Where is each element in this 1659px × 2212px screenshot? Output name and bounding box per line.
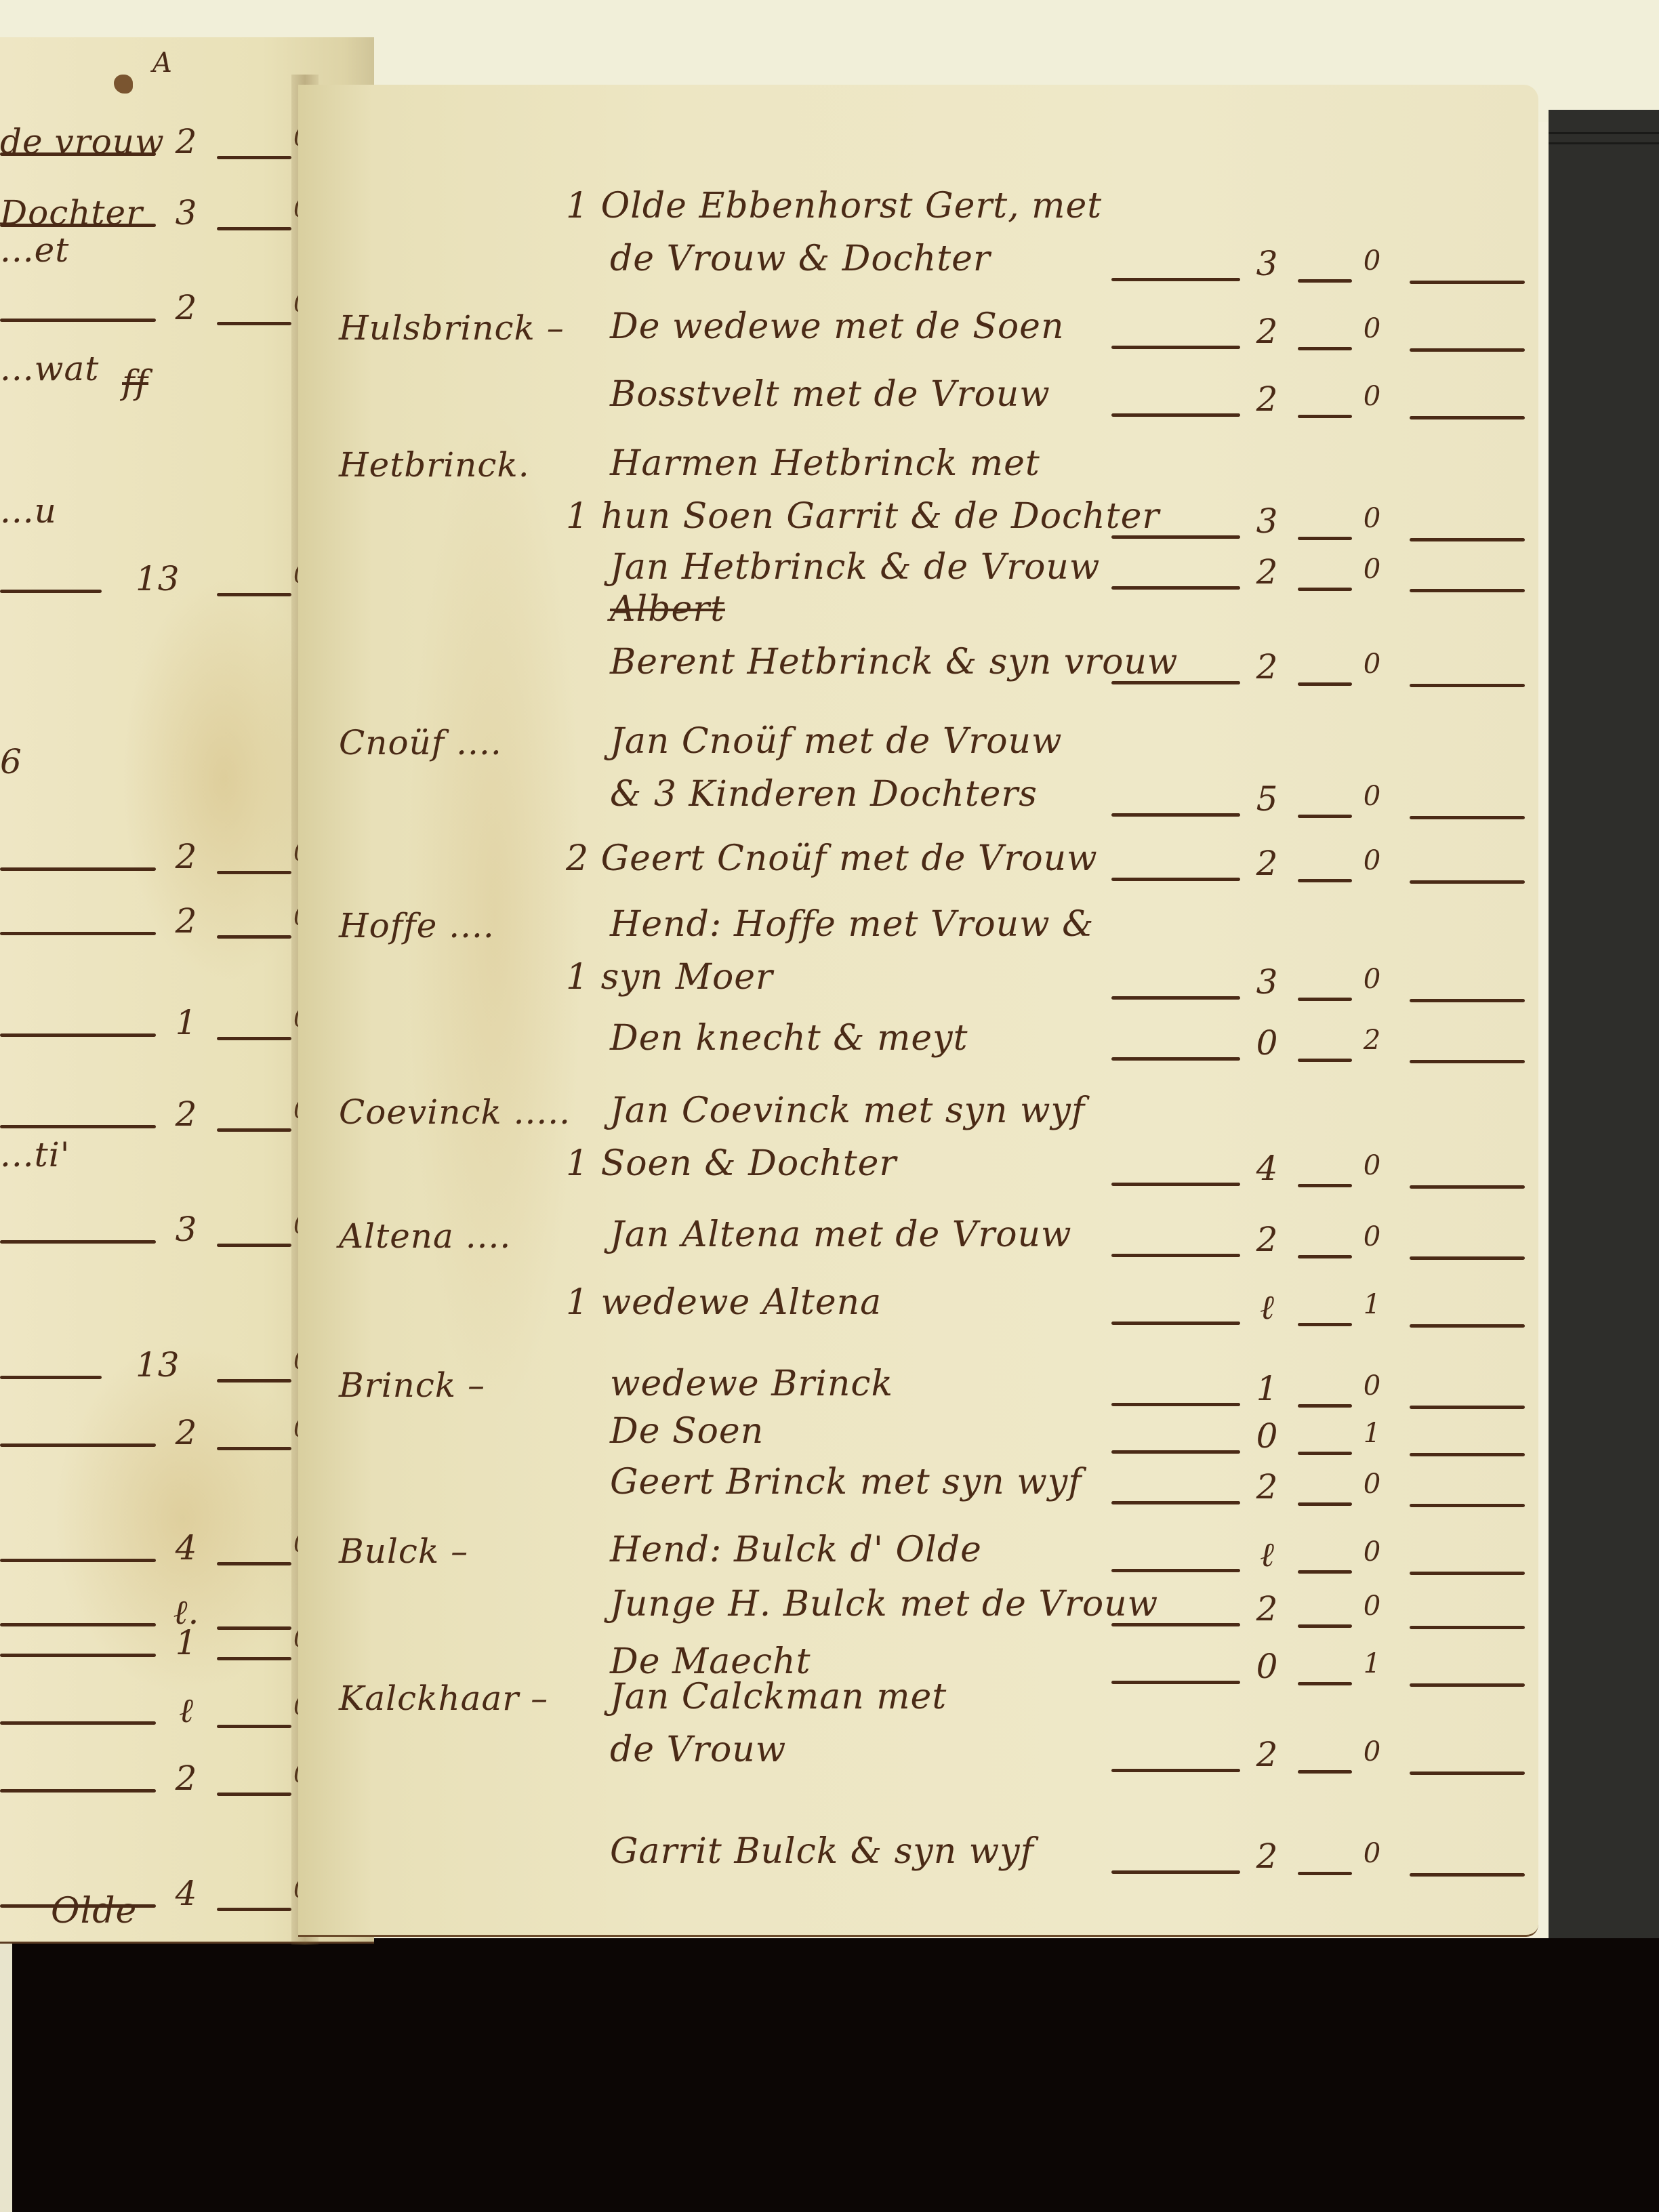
entry-line: Albert: [610, 589, 725, 630]
entry-dash: [1298, 1452, 1352, 1455]
entry-count-persons: 0: [1247, 1416, 1288, 1456]
entry-count-persons: 0: [1247, 1647, 1288, 1686]
entry-dash: [217, 1725, 291, 1728]
entry-dash: [1298, 1682, 1352, 1685]
entry-count-servants: 1: [1352, 1418, 1393, 1449]
entry-line: De Maecht: [610, 1641, 811, 1682]
entry-dash: [1410, 589, 1525, 592]
entry-dash: [1111, 278, 1240, 281]
entry-line: Garrit Bulck & syn wyf: [610, 1831, 1034, 1872]
entry-dash: [1410, 416, 1525, 419]
entry-count-servants: 0: [1352, 1736, 1393, 1767]
left-row-text: ...ti': [0, 1135, 70, 1174]
left-row-count-a: 2: [166, 901, 207, 941]
left-row-count-a: 2: [166, 1759, 207, 1798]
entry-dash: [1111, 1450, 1240, 1454]
left-row-count-a: 2: [166, 837, 207, 876]
entry-dash: [1410, 1185, 1525, 1189]
entry-dash: [217, 227, 291, 230]
entry-count-persons: 2: [1247, 1735, 1288, 1774]
entry-dash: [0, 867, 156, 871]
left-row-count-a: 2: [166, 122, 207, 161]
entry-line: De Soen: [610, 1411, 764, 1452]
entry-margin-name: Hetbrinck.: [339, 445, 530, 485]
entry-count-servants: 0: [1352, 1536, 1393, 1568]
entry-dash: [1111, 1057, 1240, 1061]
left-row-count-a: 3: [166, 193, 207, 232]
book-cover-bottom: [0, 1938, 1659, 2212]
entry-count-servants: 0: [1352, 1469, 1393, 1500]
entry-dash: [1410, 1256, 1525, 1260]
left-row-text: 6: [0, 742, 22, 781]
entry-dash: [217, 1562, 291, 1565]
entry-count-persons: 2: [1247, 552, 1288, 592]
entry-dash: [1111, 1681, 1240, 1684]
left-row-text: ...et: [0, 230, 69, 270]
entry-dash: [1410, 1626, 1525, 1629]
entry-count-servants: 0: [1352, 1591, 1393, 1622]
entry-dash: [1111, 1623, 1240, 1626]
entry-dash: [1298, 1255, 1352, 1258]
entry-line: Jan Cnoüf met de Vrouw: [610, 721, 1063, 762]
entry-dash: [1111, 813, 1240, 817]
entry-dash: [1111, 1569, 1240, 1572]
entry-dash: [217, 1793, 291, 1796]
entry-dash: [1298, 998, 1352, 1001]
left-row-count-a: 2: [166, 1413, 207, 1452]
entry-line: de Vrouw & Dochter: [610, 239, 991, 279]
entry-dash: [1111, 1403, 1240, 1406]
entry-dash: [1111, 1322, 1240, 1325]
catchword: Olde: [51, 1891, 137, 1931]
entry-dash: [0, 1789, 156, 1793]
left-top-mark: A: [152, 47, 173, 79]
entry-dash: [217, 1447, 291, 1450]
entry-line: Bosstvelt met de Vrouw: [610, 374, 1050, 415]
entry-dash: [0, 1443, 156, 1447]
left-row-count-a: 4: [166, 1528, 207, 1568]
entry-line: 1 syn Moer: [566, 957, 773, 998]
entry-count-persons: 3: [1247, 501, 1288, 541]
entry-count-servants: 0: [1352, 245, 1393, 276]
entry-count-servants: 1: [1352, 1648, 1393, 1679]
entry-count-persons: 2: [1247, 1589, 1288, 1629]
entry-dash: [1298, 588, 1352, 591]
entry-dash: [1111, 346, 1240, 349]
entry-dash: [1298, 879, 1352, 882]
entry-dash: [0, 319, 156, 322]
entry-dash: [1111, 1501, 1240, 1504]
entry-count-servants: 0: [1352, 554, 1393, 585]
left-row-count-a: 4: [166, 1874, 207, 1913]
entry-dash: [217, 1908, 291, 1911]
entry-dash: [1410, 1406, 1525, 1409]
entry-count-servants: 0: [1352, 1150, 1393, 1181]
entry-dash: [217, 871, 291, 874]
left-row-text: ...u: [0, 491, 57, 531]
entry-count-persons: 0: [1247, 1023, 1288, 1063]
entry-line: Junge H. Bulck met de Vrouw: [610, 1584, 1158, 1624]
entry-line: Jan Altena met de Vrouw: [610, 1214, 1072, 1255]
entry-count-persons: 2: [1247, 1220, 1288, 1259]
entry-dash: [1410, 1453, 1525, 1456]
entry-dash: [1298, 1624, 1352, 1628]
left-row-count-a: 2: [166, 1094, 207, 1134]
ink-blot: [114, 75, 133, 94]
entry-count-persons: ℓ: [1247, 1288, 1288, 1327]
entry-line: 2 Geert Cnoüf met de Vrouw: [566, 838, 1098, 879]
entry-count-servants: 0: [1352, 964, 1393, 995]
entry-count-servants: 0: [1352, 1838, 1393, 1869]
entry-dash: [1298, 1404, 1352, 1408]
entry-dash: [1298, 347, 1352, 350]
entry-dash: [1410, 1873, 1525, 1877]
entry-count-persons: 2: [1247, 844, 1288, 883]
entry-dash: [217, 1379, 291, 1382]
entry-line: Jan Coevinck met syn wyf: [610, 1090, 1085, 1131]
entry-line: Harmen Hetbrinck met: [610, 443, 1040, 484]
left-row-count-a: 2: [166, 288, 207, 327]
entry-dash: [217, 1128, 291, 1132]
entry-count-persons: ℓ: [1247, 1535, 1288, 1574]
entry-dash: [1410, 1771, 1525, 1775]
entry-dash: [0, 1125, 156, 1128]
entry-count-servants: 0: [1352, 381, 1393, 412]
entry-dash: [1298, 1872, 1352, 1875]
entry-dash: [0, 1559, 156, 1562]
entry-margin-name: Hulsbrinck –: [339, 308, 565, 348]
entry-dash: [217, 1657, 291, 1660]
left-row-count-a: 1: [166, 1003, 207, 1042]
entry-dash: [1298, 1184, 1352, 1187]
left-row-mark: ff: [122, 363, 148, 402]
entry-line: wedewe Brinck: [610, 1364, 893, 1404]
entry-dash: [1410, 880, 1525, 884]
entry-dash: [0, 1376, 102, 1379]
entry-line: 1 hun Soen Garrit & de Dochter: [566, 496, 1160, 537]
entry-dash: [1298, 682, 1352, 686]
left-row-text: ...wat: [0, 349, 99, 388]
entry-margin-name: Cnoüf ....: [339, 723, 502, 762]
entry-dash: [1111, 586, 1240, 590]
entry-count-persons: 2: [1247, 380, 1288, 419]
entry-dash: [1410, 1504, 1525, 1507]
entry-dash: [1111, 681, 1240, 684]
entry-dash: [1111, 413, 1240, 417]
entry-line: Jan Calckman met: [610, 1677, 947, 1717]
entry-count-persons: 2: [1247, 1837, 1288, 1876]
entry-dash: [1410, 348, 1525, 352]
entry-margin-name: Kalckhaar –: [339, 1679, 548, 1718]
entry-dash: [0, 590, 102, 593]
entry-dash: [1298, 1502, 1352, 1506]
entry-line: Hend: Hoffe met Vrouw &: [610, 904, 1094, 945]
entry-dash: [1410, 999, 1525, 1002]
backdrop-strip: [0, 1938, 12, 2212]
entry-dash: [1410, 1060, 1525, 1063]
entry-dash: [0, 152, 156, 156]
entry-margin-name: Coevinck .....: [339, 1092, 571, 1132]
entry-dash: [0, 1721, 156, 1725]
left-row-count-a: 1: [166, 1623, 207, 1662]
entry-count-servants: 0: [1352, 649, 1393, 680]
entry-dash: [217, 1244, 291, 1247]
entry-dash: [1410, 816, 1525, 819]
entry-dash: [1298, 1770, 1352, 1774]
entry-dash: [217, 593, 291, 596]
left-row-count-a: 3: [166, 1210, 207, 1249]
entry-count-persons: 4: [1247, 1149, 1288, 1188]
entry-margin-name: Bulck –: [339, 1532, 468, 1571]
entry-dash: [0, 1033, 156, 1037]
entry-count-persons: 2: [1247, 647, 1288, 687]
entry-dash: [0, 1654, 156, 1657]
entry-dash: [1410, 538, 1525, 541]
entry-dash: [1298, 815, 1352, 818]
entry-line: 1 wedewe Altena: [566, 1282, 882, 1323]
entry-dash: [1111, 535, 1240, 539]
entry-line: Geert Brinck met syn wyf: [610, 1462, 1082, 1502]
entry-count-persons: 5: [1247, 779, 1288, 819]
entry-dash: [1410, 1572, 1525, 1575]
entry-line: & 3 Kinderen Dochters: [610, 774, 1038, 815]
left-row-count-a: 13: [136, 559, 176, 598]
entry-dash: [1298, 279, 1352, 283]
entry-count-persons: 2: [1247, 1467, 1288, 1507]
entry-count-servants: 0: [1352, 313, 1393, 344]
entry-line: 1 Soen & Dochter: [566, 1143, 897, 1184]
entry-margin-name: Brinck –: [339, 1366, 485, 1405]
entry-count-servants: 0: [1352, 845, 1393, 876]
left-row-count-a: 13: [136, 1345, 176, 1385]
entry-dash: [1111, 1870, 1240, 1874]
entry-count-servants: 0: [1352, 503, 1393, 534]
entry-dash: [0, 932, 156, 935]
entry-dash: [0, 1623, 156, 1626]
entry-dash: [0, 1240, 156, 1244]
entry-line: De wedewe met de Soen: [610, 306, 1064, 347]
entry-dash: [1111, 996, 1240, 1000]
entry-dash: [1298, 1059, 1352, 1062]
entry-line: Hend: Bulck d' Olde: [610, 1530, 982, 1570]
book-cover-right: [1549, 110, 1659, 2212]
entry-count-persons: 3: [1247, 244, 1288, 283]
entry-line: de Vrouw: [610, 1729, 786, 1770]
entry-count-servants: 2: [1352, 1025, 1393, 1056]
entry-dash: [1111, 1769, 1240, 1772]
entry-dash: [1410, 684, 1525, 687]
entry-count-servants: 0: [1352, 1221, 1393, 1252]
entry-dash: [1111, 1254, 1240, 1257]
entry-dash: [0, 224, 156, 227]
entry-count-servants: 1: [1352, 1289, 1393, 1320]
entry-margin-name: Hoffe ....: [339, 906, 495, 945]
entry-dash: [1410, 1683, 1525, 1687]
entry-dash: [1111, 878, 1240, 881]
entry-dash: [1410, 1324, 1525, 1328]
entry-count-persons: 2: [1247, 312, 1288, 351]
entry-count-persons: 1: [1247, 1369, 1288, 1408]
entry-dash: [1298, 537, 1352, 540]
entry-line: Den knecht & meyt: [610, 1018, 968, 1059]
entry-dash: [217, 156, 291, 159]
entry-dash: [1298, 1323, 1352, 1326]
entry-dash: [1298, 415, 1352, 418]
left-row-count-a: ℓ: [166, 1691, 207, 1730]
entry-count-servants: 0: [1352, 1370, 1393, 1401]
entry-dash: [1111, 1183, 1240, 1186]
entry-line: Berent Hetbrinck & syn vrouw: [610, 642, 1178, 682]
entry-count-persons: 3: [1247, 962, 1288, 1002]
entry-dash: [217, 1626, 291, 1630]
entry-dash: [1410, 281, 1525, 284]
entry-dash: [217, 935, 291, 939]
entry-dash: [217, 1037, 291, 1040]
entry-line: Jan Hetbrinck & de Vrouw: [610, 547, 1100, 588]
entry-dash: [217, 322, 291, 325]
entry-count-servants: 0: [1352, 781, 1393, 812]
entry-margin-name: Altena ....: [339, 1216, 511, 1256]
entry-line: 1 Olde Ebbenhorst Gert, met: [566, 186, 1102, 226]
entry-dash: [1298, 1570, 1352, 1574]
